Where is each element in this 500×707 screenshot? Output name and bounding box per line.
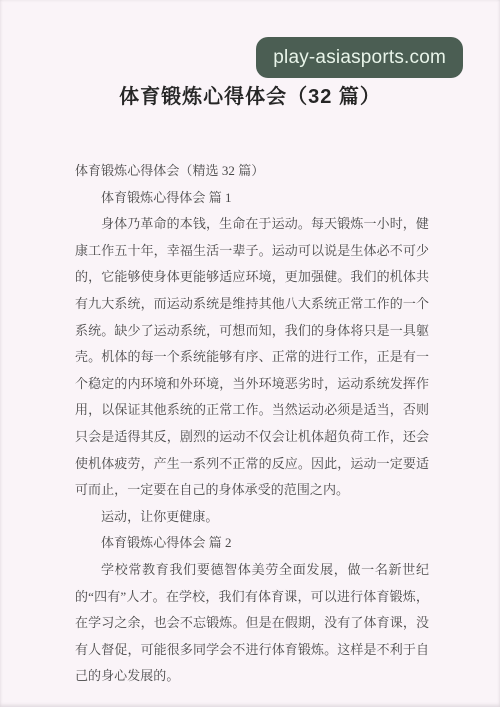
document-page: play-asiasports.com 体育锻炼心得体会（32 篇） 体育锻炼心…: [0, 0, 500, 707]
section-1-paragraph-1: 身体乃革命的本钱，生命在于运动。每天锻炼一小时，健康工作五十年，幸福生活一辈子。…: [75, 211, 429, 504]
watermark-label: play-asiasports.com: [273, 47, 446, 68]
document-body: 体育锻炼心得体会（精选 32 篇） 体育锻炼心得体会 篇 1 身体乃革命的本钱，…: [75, 158, 429, 690]
document-heading: 体育锻炼心得体会（精选 32 篇）: [75, 158, 429, 185]
section-2-paragraph-1: 学校常教育我们要德智体美劳全面发展，做一名新世纪的“四有”人才。在学校，我们有体…: [75, 557, 429, 690]
page-title: 体育锻炼心得体会（32 篇）: [0, 80, 500, 109]
section-1-paragraph-2: 运动，让你更健康。: [75, 504, 429, 531]
watermark-badge: play-asiasports.com: [256, 37, 463, 78]
section-1-heading: 体育锻炼心得体会 篇 1: [75, 185, 429, 212]
section-2-heading: 体育锻炼心得体会 篇 2: [75, 530, 429, 557]
